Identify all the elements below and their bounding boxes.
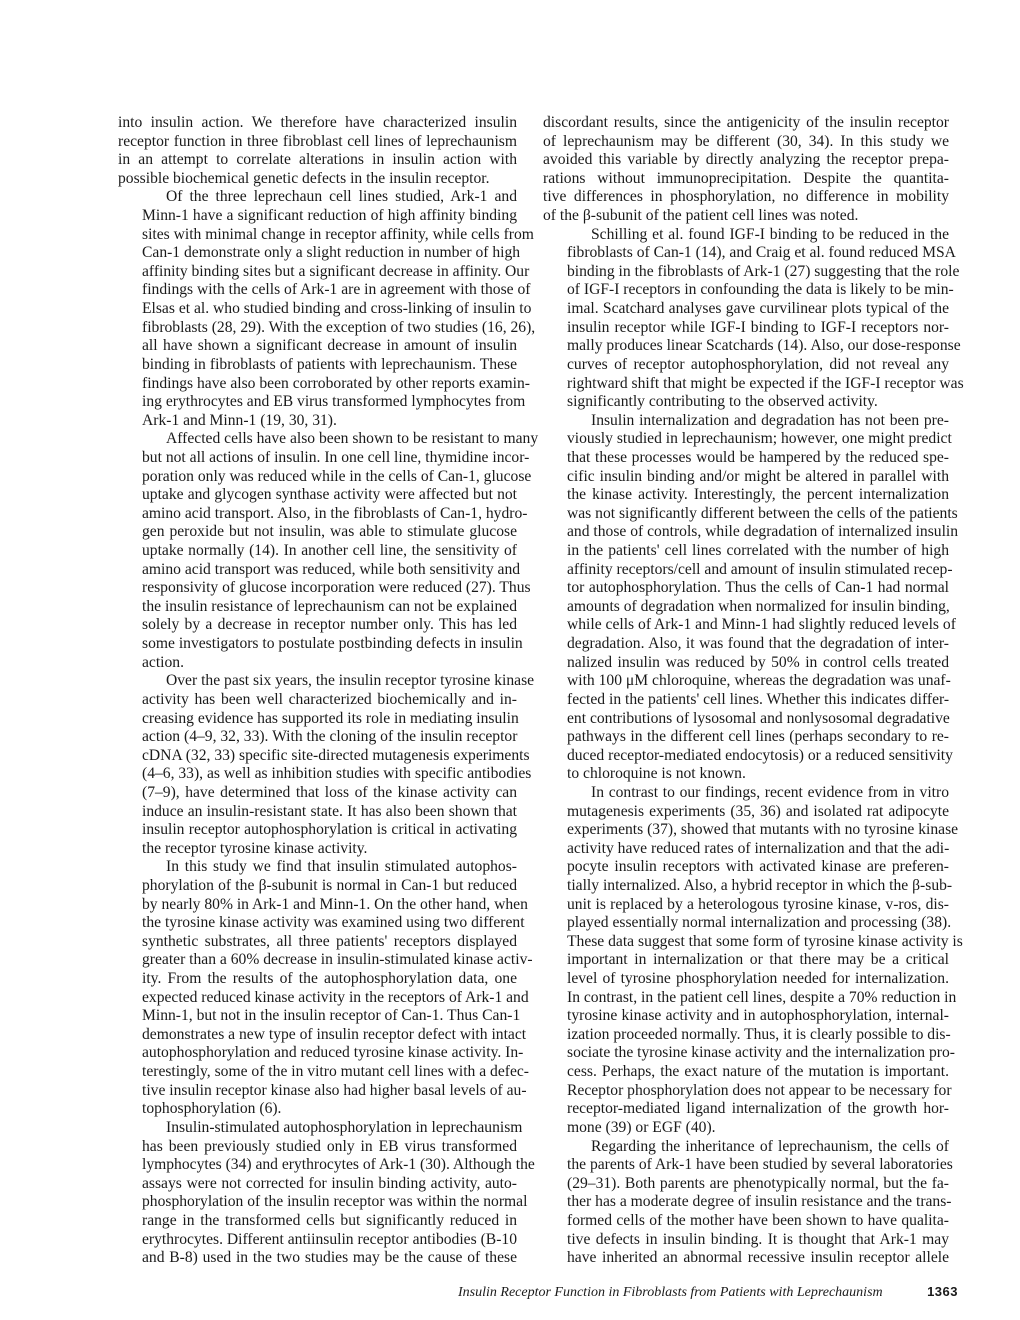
- text-line: mone (39) or EGF (40).: [543, 1119, 949, 1138]
- text-line: fibroblasts of Can-1 (14), and Craig et …: [543, 244, 949, 263]
- text-line: of leprechaunism may be different (30, 3…: [543, 133, 949, 152]
- text-line: These data suggest that some form of tyr…: [543, 933, 949, 952]
- text-line: tophosphorylation (6).: [118, 1100, 517, 1119]
- text-line: in an attempt to correlate alterations i…: [118, 151, 517, 170]
- text-line: range in the transformed cells but signi…: [118, 1212, 517, 1231]
- text-line: significantly contributing to the observ…: [543, 393, 949, 412]
- text-line: discordant results, since the antigenici…: [543, 114, 949, 133]
- paragraph: into insulin action. We therefore have c…: [118, 114, 517, 188]
- running-title: Insulin Receptor Function in Fibroblasts…: [458, 1285, 883, 1301]
- text-line: affinity binding sites but a significant…: [118, 263, 517, 282]
- page-footer: Insulin Receptor Function in Fibroblasts…: [458, 1284, 958, 1304]
- left-column: into insulin action. We therefore have c…: [118, 114, 517, 1268]
- text-line: In this study we find that insulin stimu…: [118, 858, 517, 877]
- paragraph: Regarding the inheritance of leprechauni…: [543, 1138, 949, 1268]
- text-line: action (4–9, 32, 33). With the cloning o…: [118, 728, 517, 747]
- text-line: insulin receptor while IGF-I binding to …: [543, 319, 949, 338]
- text-line: phosphorylation of the insulin receptor …: [118, 1193, 517, 1212]
- text-line: Minn-1 have a significant reduction of h…: [118, 207, 517, 226]
- text-line: lymphocytes (34) and erythrocytes of Ark…: [118, 1156, 517, 1175]
- text-line: findings with the cells of Ark-1 are in …: [118, 281, 517, 300]
- text-line: tive insulin receptor kinase also had hi…: [118, 1082, 517, 1101]
- text-line: activity have reduced rates of internali…: [543, 840, 949, 859]
- text-line: level of tyrosine phosphorylation needed…: [543, 970, 949, 989]
- text-line: cific insulin binding and/or might be al…: [543, 468, 949, 487]
- paragraph: Insulin internalization and degradation …: [543, 412, 949, 784]
- text-line: nalized insulin was reduced by 50% in co…: [543, 654, 949, 673]
- text-line: ent contributions of lysosomal and nonly…: [543, 710, 949, 729]
- text-line: degradation. Also, it was found that the…: [543, 635, 949, 654]
- text-line: the kinase activity. Interestingly, the …: [543, 486, 949, 505]
- text-line: Affected cells have also been shown to b…: [118, 430, 517, 449]
- text-line: Insulin-stimulated autophosphorylation i…: [118, 1119, 517, 1138]
- text-line: uptake normally (14). In another cell li…: [118, 542, 517, 561]
- text-line: has been previously studied only in EB v…: [118, 1138, 517, 1157]
- text-line: Regarding the inheritance of leprechauni…: [543, 1138, 949, 1157]
- text-line: with 100 μM chloroquine, whereas the deg…: [543, 672, 949, 691]
- text-line: of IGF-I receptors in confounding the da…: [543, 281, 949, 300]
- text-line: amino acid transport was reduced, while …: [118, 561, 517, 580]
- paragraph: In this study we find that insulin stimu…: [118, 858, 517, 1119]
- text-line: insulin receptor autophosphorylation is …: [118, 821, 517, 840]
- text-line: fibroblasts (28, 29). With the exception…: [118, 319, 517, 338]
- text-line: Schilling et al. found IGF-I binding to …: [543, 226, 949, 245]
- right-column: discordant results, since the antigenici…: [543, 114, 949, 1268]
- text-line: all have shown a significant decrease in…: [118, 337, 517, 356]
- text-line: was not significantly different between …: [543, 505, 949, 524]
- text-line: expected reduced kinase activity in the …: [118, 989, 517, 1008]
- text-line: viously studied in leprechaunism; howeve…: [543, 430, 949, 449]
- text-line: (7–9), have determined that loss of the …: [118, 784, 517, 803]
- text-line: ing erythrocytes and EB virus transforme…: [118, 393, 517, 412]
- text-line: gen peroxide but not insulin, was able t…: [118, 523, 517, 542]
- text-line: the tyrosine kinase activity was examine…: [118, 914, 517, 933]
- text-line: avoided this variable by directly analyz…: [543, 151, 949, 170]
- text-line: Can-1 demonstrate only a slight reductio…: [118, 244, 517, 263]
- text-line: ity. From the results of the autophospho…: [118, 970, 517, 989]
- text-line: greater than a 60% decrease in insulin-s…: [118, 951, 517, 970]
- text-line: terestingly, some of the in vitro mutant…: [118, 1063, 517, 1082]
- text-line: autophosphorylation and reduced tyrosine…: [118, 1044, 517, 1063]
- text-line: tially internalized. Also, a hybrid rece…: [543, 877, 949, 896]
- text-line: affinity receptors/cell and amount of in…: [543, 561, 949, 580]
- text-line: important in internalization or that the…: [543, 951, 949, 970]
- text-line: binding in the fibroblasts of Ark-1 (27)…: [543, 263, 949, 282]
- text-line: Elsas et al. who studied binding and cro…: [118, 300, 517, 319]
- text-line: mutagenesis experiments (35, 36) and iso…: [543, 803, 949, 822]
- text-line: Over the past six years, the insulin rec…: [118, 672, 517, 691]
- text-line: curves of receptor autophosphorylation, …: [543, 356, 949, 375]
- text-line: formed cells of the mother have been sho…: [543, 1212, 949, 1231]
- text-line: and B-8) used in the two studies may be …: [118, 1249, 517, 1268]
- text-line: Ark-1 and Minn-1 (19, 30, 31).: [118, 412, 517, 431]
- text-line: ther has a moderate degree of insulin re…: [543, 1193, 949, 1212]
- text-line: induce an insulin-resistant state. It ha…: [118, 803, 517, 822]
- text-line: tive differences in phosphorylation, no …: [543, 188, 949, 207]
- text-line: duced receptor-mediated endocytosis) or …: [543, 747, 949, 766]
- text-line: the receptor tyrosine kinase activity.: [118, 840, 517, 859]
- paragraph: In contrast to our findings, recent evid…: [543, 784, 949, 1138]
- text-line: cess. Perhaps, the exact nature of the m…: [543, 1063, 949, 1082]
- text-line: phorylation of the β-subunit is normal i…: [118, 877, 517, 896]
- text-line: creasing evidence has supported its role…: [118, 710, 517, 729]
- text-line: responsivity of glucose incorporation we…: [118, 579, 517, 598]
- text-line: (4–6, 33), as well as inhibition studies…: [118, 765, 517, 784]
- text-line: tive defects in insulin binding. It is t…: [543, 1231, 949, 1250]
- text-line: of the β-subunit of the patient cell lin…: [543, 207, 949, 226]
- text-line: amounts of degradation when normalized f…: [543, 598, 949, 617]
- text-line: into insulin action. We therefore have c…: [118, 114, 517, 133]
- text-line: Minn-1, but not in the insulin receptor …: [118, 1007, 517, 1026]
- text-line: receptor function in three fibroblast ce…: [118, 133, 517, 152]
- text-line: have inherited an abnormal recessive ins…: [543, 1249, 949, 1268]
- paragraph: Insulin-stimulated autophosphorylation i…: [118, 1119, 517, 1268]
- text-line: In contrast to our findings, recent evid…: [543, 784, 949, 803]
- text-line: by nearly 80% in Ark-1 and Minn-1. On th…: [118, 896, 517, 915]
- text-line: but not all actions of insulin. In one c…: [118, 449, 517, 468]
- text-line: activity has been well characterized bio…: [118, 691, 517, 710]
- text-line: sociate the tyrosine kinase activity and…: [543, 1044, 949, 1063]
- text-line: (29–31). Both parents are phenotypically…: [543, 1175, 949, 1194]
- text-line: Receptor phosphorylation does not appear…: [543, 1082, 949, 1101]
- text-line: uptake and glycogen synthase activity we…: [118, 486, 517, 505]
- text-line: rightward shift that might be expected i…: [543, 375, 949, 394]
- text-line: pocyte insulin receptors with activated …: [543, 858, 949, 877]
- text-line: mally produces linear Scatchards (14). A…: [543, 337, 949, 356]
- text-line: that these processes would be hampered b…: [543, 449, 949, 468]
- text-line: amino acid transport. Also, in the fibro…: [118, 505, 517, 524]
- text-line: the insulin resistance of leprechaunism …: [118, 598, 517, 617]
- paragraph: Affected cells have also been shown to b…: [118, 430, 517, 672]
- text-line: cDNA (32, 33) specific site-directed mut…: [118, 747, 517, 766]
- text-line: in the patients' cell lines correlated w…: [543, 542, 949, 561]
- text-line: possible biochemical genetic defects in …: [118, 170, 517, 189]
- text-line: the parents of Ark-1 have been studied b…: [543, 1156, 949, 1175]
- text-line: experiments (37), showed that mutants wi…: [543, 821, 949, 840]
- text-line: synthetic substrates, all three patients…: [118, 933, 517, 952]
- text-line: tyrosine kinase activity and in autophos…: [543, 1007, 949, 1026]
- text-line: tor autophosphorylation. Thus the cells …: [543, 579, 949, 598]
- text-line: solely by a decrease in receptor number …: [118, 616, 517, 635]
- text-line: sites with minimal change in receptor af…: [118, 226, 517, 245]
- text-line: pathways in the different cell lines (pe…: [543, 728, 949, 747]
- text-line: demonstrates a new type of insulin recep…: [118, 1026, 517, 1045]
- text-line: to chloroquine is not known.: [543, 765, 949, 784]
- text-line: receptor-mediated ligand internalization…: [543, 1100, 949, 1119]
- text-line: assays were not corrected for insulin bi…: [118, 1175, 517, 1194]
- page-number: 1363: [927, 1284, 958, 1299]
- text-line: findings have also been corroborated by …: [118, 375, 517, 394]
- text-line: action.: [118, 654, 517, 673]
- paragraph: Of the three leprechaun cell lines studi…: [118, 188, 517, 430]
- text-line: rations without immunoprecipitation. Des…: [543, 170, 949, 189]
- text-line: ization proceeded normally. Thus, it is …: [543, 1026, 949, 1045]
- text-line: while cells of Ark-1 and Minn-1 had slig…: [543, 616, 949, 635]
- text-line: imal. Scatchard analyses gave curvilinea…: [543, 300, 949, 319]
- text-line: Of the three leprechaun cell lines studi…: [118, 188, 517, 207]
- text-line: some investigators to postulate postbind…: [118, 635, 517, 654]
- text-line: Insulin internalization and degradation …: [543, 412, 949, 431]
- text-line: In contrast, in the patient cell lines, …: [543, 989, 949, 1008]
- text-line: binding in fibroblasts of patients with …: [118, 356, 517, 375]
- text-line: erythrocytes. Different antiinsulin rece…: [118, 1231, 517, 1250]
- text-line: and those of controls, while degradation…: [543, 523, 949, 542]
- text-line: unit is replaced by a heterologous tyros…: [543, 896, 949, 915]
- text-line: played essentially normal internalizatio…: [543, 914, 949, 933]
- paragraph: discordant results, since the antigenici…: [543, 114, 949, 226]
- paragraph: Schilling et al. found IGF-I binding to …: [543, 226, 949, 412]
- text-line: poration only was reduced while in the c…: [118, 468, 517, 487]
- text-line: fected in the patients' cell lines. Whet…: [543, 691, 949, 710]
- paragraph: Over the past six years, the insulin rec…: [118, 672, 517, 858]
